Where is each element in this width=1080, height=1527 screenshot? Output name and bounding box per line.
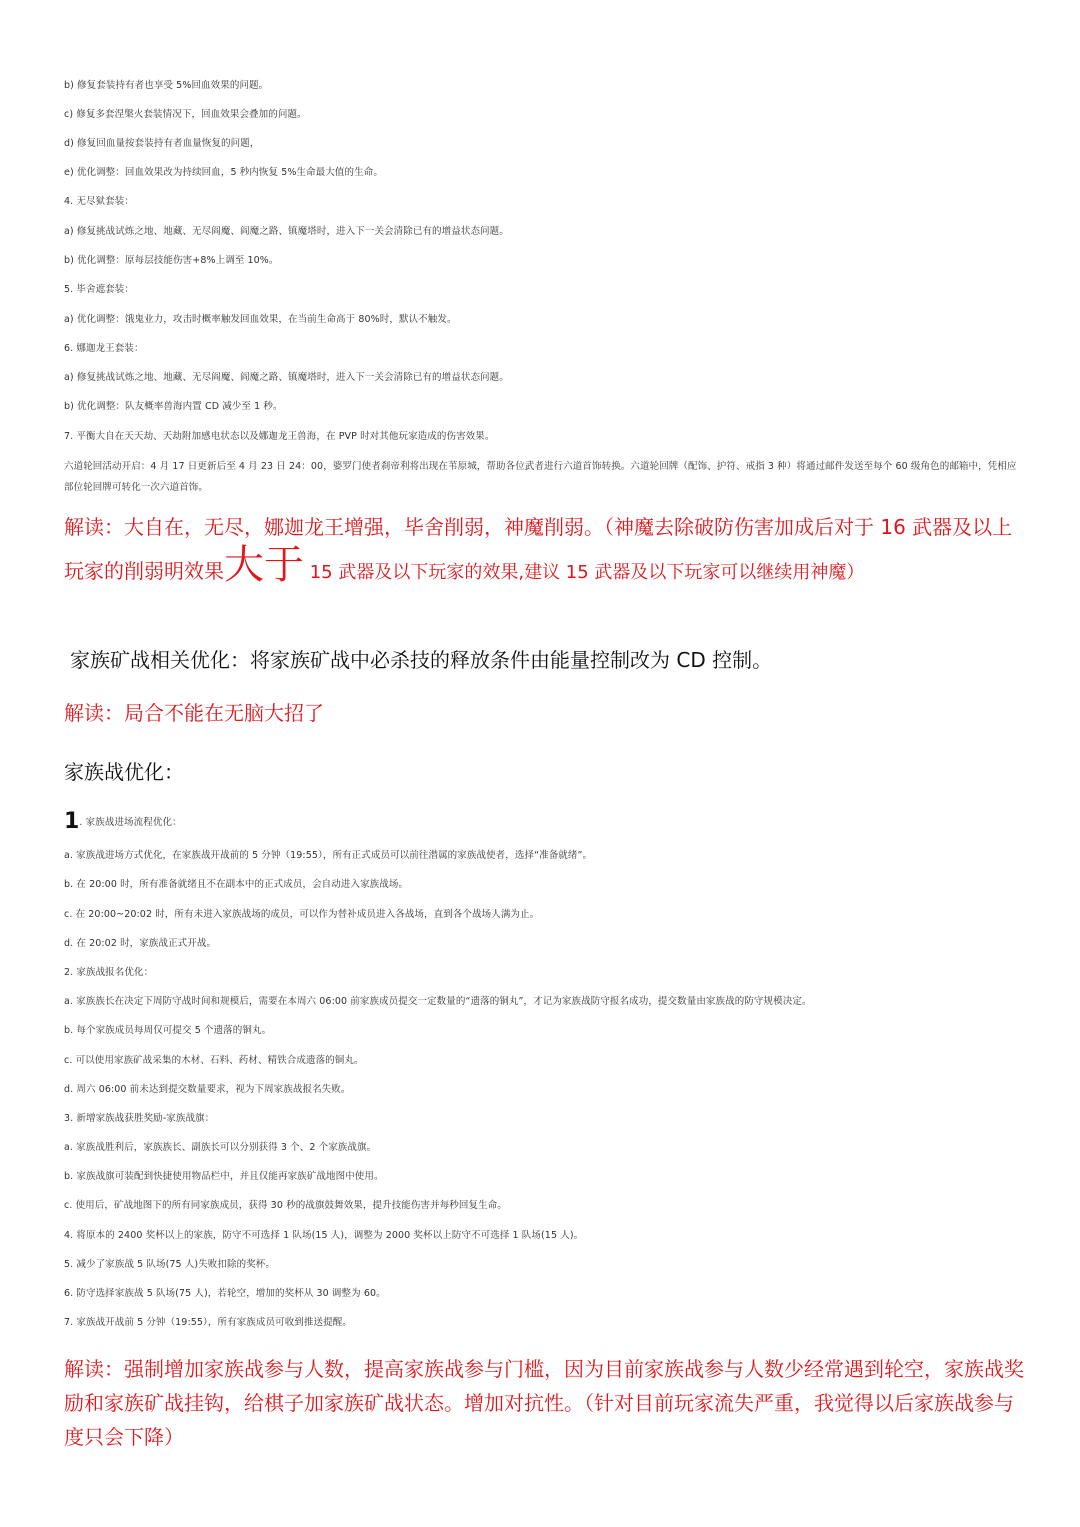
line-endless-b: b) 优化调整：原每层技能伤害+8%上调至 10%。 bbox=[64, 254, 279, 268]
commentary-mine-war: 解读：局合不能在无脑大招了 bbox=[64, 698, 324, 728]
commentary-clan-war: 解读：强制增加家族战参与人数，提高家族战参与门槛，因为目前家族战参与人数少经常遇… bbox=[64, 1352, 1024, 1454]
clan-war-3a: a. 家族战胜利后，家族族长、副族长可以分别获得 3 个、2 个家族战旗。 bbox=[64, 1141, 376, 1155]
line-naga-a: a) 修复挑战试炼之地、地藏、无尽阎魔、阎魔之路、镇魔塔时，进入下一关会清除已有… bbox=[64, 371, 509, 385]
heading-naga-set: 6. 娜迦龙王套装： bbox=[64, 342, 144, 356]
clan-war-item-4: 4. 将原本的 2400 奖杯以上的家族，防守不可选择 1 队场(15 人)，调… bbox=[64, 1229, 583, 1243]
commentary-text-2: 15 武器及以下玩家的效果,建议 15 武器及以下玩家可以继续用神魔） bbox=[304, 562, 864, 583]
clan-war-heading: 家族战优化： bbox=[64, 757, 184, 787]
clan-war-item-2-title: 2. 家族战报名优化： bbox=[64, 966, 153, 980]
clan-war-1c: c. 在 20:00~20:02 时，所有未进入家族战场的成员，可以作为替补成员… bbox=[64, 908, 539, 922]
clan-war-2a: a. 家族族长在决定下周防守战时间和规模后，需要在本周六 06:00 前家族成员… bbox=[64, 995, 812, 1009]
clan-war-2d: d. 周六 06:00 前未达到提交数量要求，视为下周家族战报名失败。 bbox=[64, 1083, 351, 1097]
clan-war-1d: d. 在 20:02 时，家族战正式开战。 bbox=[64, 937, 216, 951]
clan-war-1b: b. 在 20:00 时，所有准备就绪且不在副本中的正式成员，会自动进入家族战场… bbox=[64, 878, 408, 892]
item-title: . 家族战进场流程优化： bbox=[79, 817, 181, 828]
clan-war-2c: c. 可以使用家族矿战采集的木材、石料、药材、精铁合成遗落的铜丸。 bbox=[64, 1054, 364, 1068]
line-b-fix-holder: b) 修复套装持有者也享受 5%回血效果的问题。 bbox=[64, 79, 268, 93]
heading-bishe-set: 5. 毕舍遮套装： bbox=[64, 283, 134, 297]
clan-war-item-7: 7. 家族战开战前 5 分钟（19:55），所有家族成员可收到推送提醒。 bbox=[64, 1316, 352, 1330]
clan-war-item-6: 6. 防守选择家族战 5 队场(75 人)，若轮空，增加的奖杯从 30 调整为 … bbox=[64, 1287, 386, 1301]
clan-war-3b: b. 家族战旗可装配到快捷使用物品栏中，并且仅能再家族矿战地图中使用。 bbox=[64, 1170, 384, 1184]
commentary-emphasis: 大于 bbox=[224, 542, 304, 588]
line-endless-a: a) 修复挑战试炼之地、地藏、无尽阎魔、阎魔之路、镇魔塔时，进入下一关会清除已有… bbox=[64, 225, 509, 239]
line-e-optimize: e) 优化调整：回血效果改为持续回血，5 秒内恢复 5%生命最大值的生命。 bbox=[64, 166, 383, 180]
clan-war-3c: c. 使用后，矿战地图下的所有同家族成员，获得 30 秒的战旗鼓舞效果，提升技能… bbox=[64, 1199, 507, 1213]
item-number: 1 bbox=[64, 809, 79, 834]
line-naga-b: b) 优化调整：队友概率兽海内置 CD 减少至 1 秒。 bbox=[64, 400, 283, 414]
clan-war-item-1-title: 1. 家族战进场流程优化： bbox=[64, 815, 182, 830]
clan-war-item-3-title: 3. 新增家族战获胜奖励-家族战旗： bbox=[64, 1112, 214, 1126]
commentary-set-changes: 解读：大自在，无尽，娜迦龙王增强，毕舍削弱，神魔削弱。（神魔去除破防伤害加成后对… bbox=[64, 509, 1024, 591]
line-d-fix-heal: d) 修复回血量按套装持有者血量恢复的问题， bbox=[64, 137, 259, 151]
mine-war-optimization: 家族矿战相关优化：将家族矿战中必杀技的释放条件由能量控制改为 CD 控制。 bbox=[70, 645, 772, 675]
clan-war-item-5: 5. 减少了家族战 5 队场(75 人)失败扣除的奖杯。 bbox=[64, 1258, 275, 1272]
line-c-fix-stack: c) 修复多套涅槃火套装情况下，回血效果会叠加的问题。 bbox=[64, 108, 307, 122]
clan-war-1a: a. 家族战进场方式优化，在家族战开战前的 5 分钟（19:55），所有正式成员… bbox=[64, 849, 592, 863]
clan-war-2b: b. 每个家族成员每周仅可提交 5 个遗落的铜丸。 bbox=[64, 1024, 271, 1038]
document-page: b) 修复套装持有者也享受 5%回血效果的问题。 c) 修复多套涅槃火套装情况下… bbox=[0, 0, 1080, 1527]
event-paragraph: 六道轮回活动开启：4 月 17 日更新后至 4 月 23 日 24：00，婆罗门… bbox=[64, 456, 1019, 498]
heading-endless-set: 4. 无尽狱套装： bbox=[64, 195, 134, 209]
line-balance: 7. 平衡大自在天天劫、天劫附加感电状态以及娜迦龙王兽海，在 PVP 时对其他玩… bbox=[64, 430, 494, 444]
line-bishe-a: a) 优化调整：饿鬼业力，攻击时概率触发回血效果，在当前生命高于 80%时，默认… bbox=[64, 313, 457, 327]
